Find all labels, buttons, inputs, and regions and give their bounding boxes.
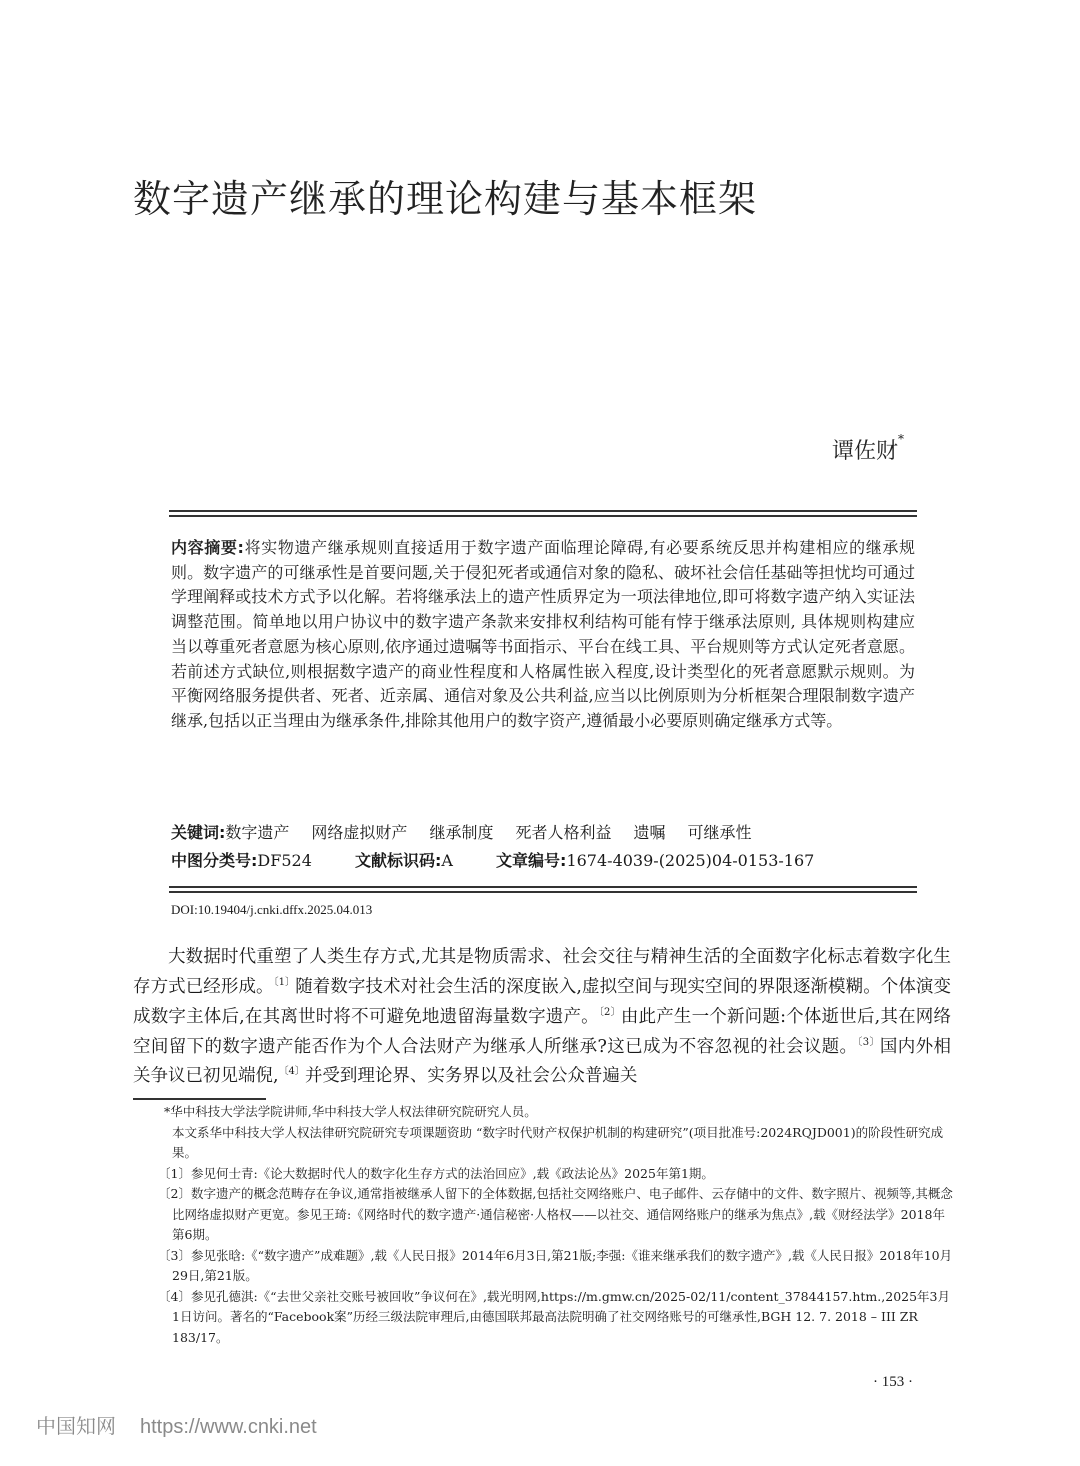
keyword: 继承制度 <box>429 823 493 842</box>
abstract-label: 内容摘要: <box>171 538 244 557</box>
keywords-row: 关键词:数字遗产网络虚拟财产继承制度死者人格利益遗嘱可继承性 <box>171 820 774 843</box>
citation-1[interactable]: 〔1〕 <box>274 977 296 988</box>
author-text: 谭佐财 <box>832 439 898 464</box>
citation-2[interactable]: 〔2〕 <box>599 1007 621 1018</box>
abstract-top-rule <box>169 510 917 517</box>
footnote-1: 〔1〕参见何士青:《论大数据时代人的数字化生存方式的法治回应》,载《政法论丛》2… <box>158 1164 953 1185</box>
doi[interactable]: DOI:10.19404/j.cnki.dffx.2025.04.013 <box>171 902 372 918</box>
clc-label: 中图分类号: <box>171 851 257 870</box>
doc-code-item: 文献标识码:A <box>355 848 453 871</box>
footnotes: *华中科技大学法学院讲师,华中科技大学人权法律研究院研究人员。 本文系华中科技大… <box>158 1102 953 1348</box>
footnote-3: 〔3〕参见张晗:《“数字遗产”成难题》,载《人民日报》2014年6月3日,第21… <box>158 1246 953 1287</box>
citation-3[interactable]: 〔3〕 <box>857 1037 879 1048</box>
paper-title: 数字遗产继承的理论构建与基本框架 <box>133 168 757 223</box>
watermark-name: 中国知网 <box>36 1414 116 1438</box>
article-no-value: 1674-4039-(2025)04-0153-167 <box>566 851 814 870</box>
abstract: 内容摘要:将实物遗产继承规则直接适用于数字遗产面临理论障碍,有必要系统反思并构建… <box>171 536 915 734</box>
keyword: 可继承性 <box>687 823 751 842</box>
abstract-bottom-rule <box>169 886 917 893</box>
keyword: 遗嘱 <box>633 823 665 842</box>
abstract-text: 将实物遗产继承规则直接适用于数字遗产面临理论障碍,有必要系统反思并构建相应的继承… <box>171 538 915 730</box>
page-number: · 153 · <box>873 1374 913 1391</box>
keyword: 网络虚拟财产 <box>311 823 407 842</box>
clc-value: DF524 <box>257 851 311 870</box>
footnote-author: *华中科技大学法学院讲师,华中科技大学人权法律研究院研究人员。 <box>164 1102 953 1123</box>
keyword: 死者人格利益 <box>515 823 611 842</box>
watermark: 中国知网https://www.cnki.net <box>36 1410 317 1439</box>
body-text: 并受到理论界、实务界以及社会公众普遍关 <box>305 1066 638 1086</box>
doc-code-label: 文献标识码: <box>355 851 441 870</box>
classification-row: 中图分类号:DF524 文献标识码:A 文章编号:1674-4039-(2025… <box>171 848 852 871</box>
doc-code-value: A <box>441 851 453 870</box>
author-footnote-mark: * <box>898 432 904 446</box>
author-name: 谭佐财* <box>832 434 904 465</box>
article-no-item: 文章编号:1674-4039-(2025)04-0153-167 <box>496 848 814 871</box>
footnote-funding: 本文系华中科技大学人权法律研究院研究专项课题资助 “数字时代财产权保护机制的构建… <box>172 1123 953 1164</box>
body-paragraph: 大数据时代重塑了人类生存方式,尤其是物质需求、社会交往与精神生活的全面数字化标志… <box>133 944 951 1089</box>
keywords-label: 关键词: <box>171 823 225 842</box>
clc-item: 中图分类号:DF524 <box>171 848 312 871</box>
footnote-separator <box>133 1098 266 1100</box>
citation-4[interactable]: 〔4〕 <box>279 1066 305 1077</box>
footnote-2: 〔2〕数字遗产的概念范畴存在争议,通常指被继承人留下的全体数据,包括社交网络账户… <box>158 1184 953 1246</box>
keyword: 数字遗产 <box>225 823 289 842</box>
watermark-url: https://www.cnki.net <box>140 1416 317 1438</box>
article-no-label: 文章编号: <box>496 851 566 870</box>
footnote-4: 〔4〕参见孔德淇:《“去世父亲社交账号被回收”争议何在》,载光明网,https:… <box>158 1287 953 1349</box>
